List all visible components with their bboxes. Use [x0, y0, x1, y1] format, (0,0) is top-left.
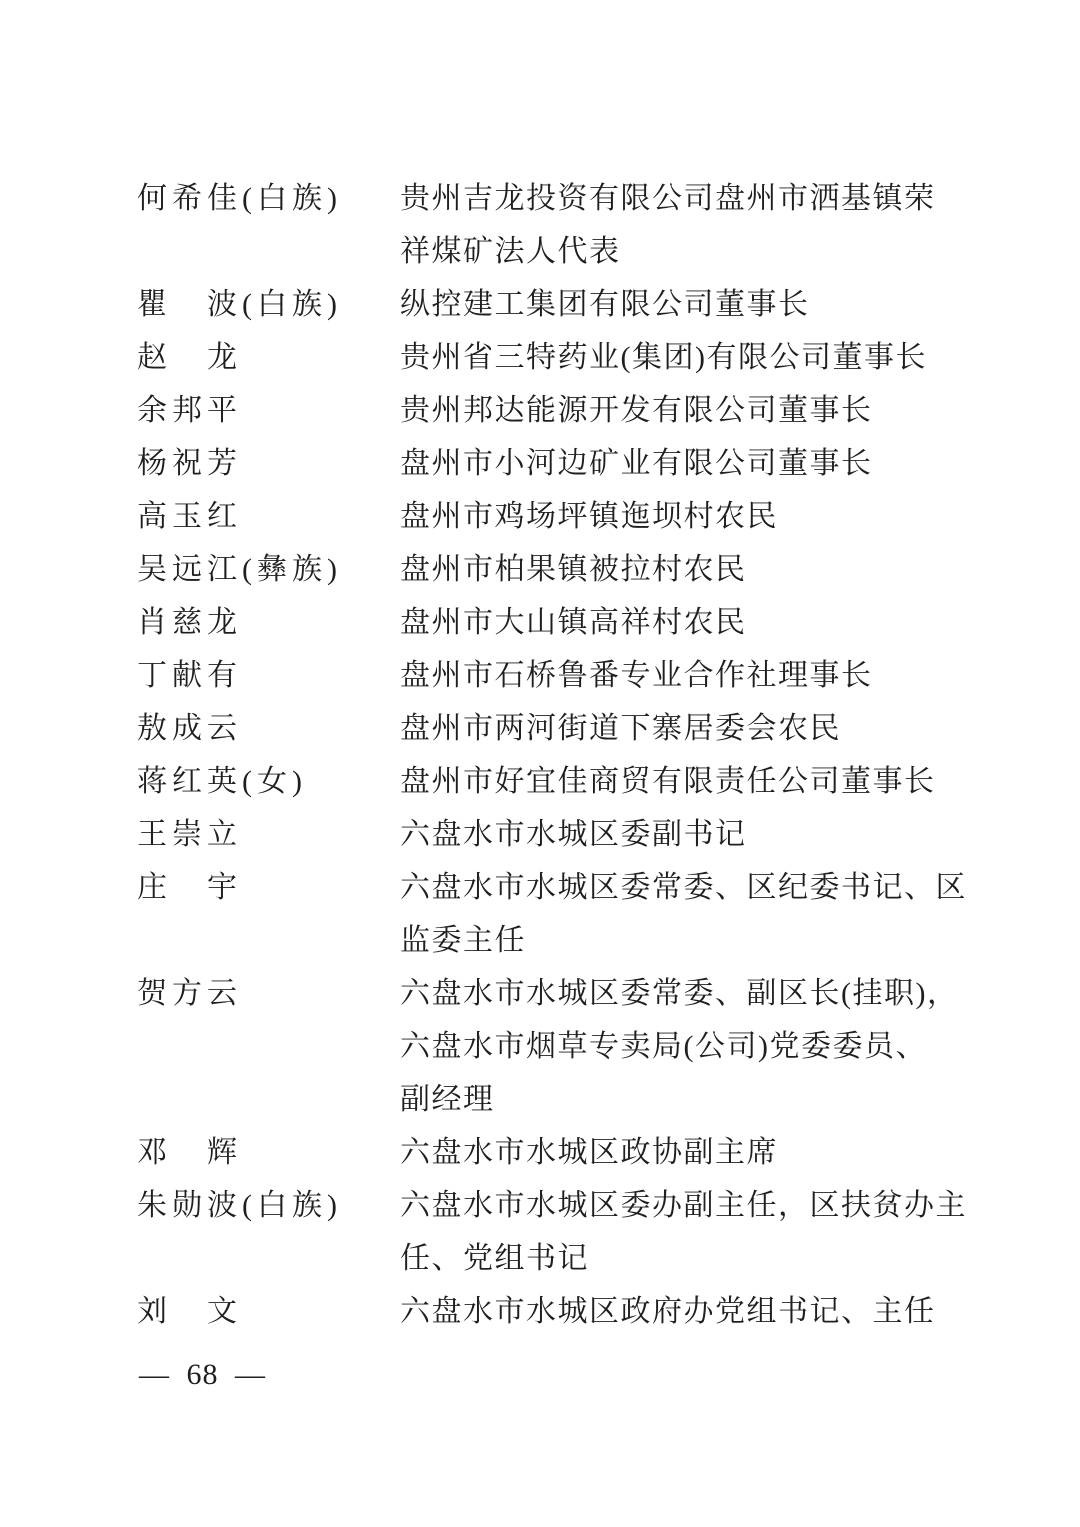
list-item: 高玉红 盘州市鸡场坪镇迤坝村农民 — [137, 490, 960, 543]
person-title-line: 盘州市鸡场坪镇迤坝村农民 — [400, 490, 950, 543]
person-title: 盘州市鸡场坪镇迤坝村农民 — [400, 490, 950, 543]
person-title-line: 监委主任 — [400, 914, 950, 967]
person-title: 盘州市石桥鲁番专业合作社理事长 — [400, 649, 950, 702]
person-name: 高玉红 — [137, 490, 400, 543]
person-title-line: 六盘水市水城区委办副主任，区扶贫办主 — [400, 1179, 950, 1232]
person-title: 盘州市大山镇高祥村农民 — [400, 596, 950, 649]
person-name: 王崇立 — [137, 808, 400, 861]
list-item: 肖慈龙 盘州市大山镇高祥村农民 — [137, 596, 960, 649]
person-title: 六盘水市水城区政府办党组书记、主任 — [400, 1285, 950, 1338]
person-title: 盘州市小河边矿业有限公司董事长 — [400, 437, 950, 490]
person-title: 六盘水市水城区政协副主席 — [400, 1126, 950, 1179]
person-title: 六盘水市水城区委常委、区纪委书记、区监委主任 — [400, 861, 950, 967]
person-name: 瞿 波(白族) — [137, 278, 400, 331]
list-item: 王崇立 六盘水市水城区委副书记 — [137, 808, 960, 861]
list-item: 贺方云 六盘水市水城区委常委、副区长(挂职)，六盘水市烟草专卖局(公司)党委委员… — [137, 967, 960, 1126]
person-title: 六盘水市水城区委办副主任，区扶贫办主任、党组书记 — [400, 1179, 950, 1285]
list-item: 杨祝芳 盘州市小河边矿业有限公司董事长 — [137, 437, 960, 490]
person-name: 杨祝芳 — [137, 437, 400, 490]
person-name: 丁献有 — [137, 649, 400, 702]
list-item: 敖成云 盘州市两河街道下寨居委会农民 — [137, 702, 960, 755]
person-title-line: 祥煤矿法人代表 — [400, 225, 950, 278]
person-title-line: 纵控建工集团有限公司董事长 — [400, 278, 950, 331]
person-title-line: 盘州市小河边矿业有限公司董事长 — [400, 437, 950, 490]
person-name: 何希佳(白族) — [137, 172, 400, 225]
list-item: 蒋红英(女) 盘州市好宜佳商贸有限责任公司董事长 — [137, 755, 960, 808]
list-item: 何希佳(白族) 贵州吉龙投资有限公司盘州市洒基镇荣祥煤矿法人代表 — [137, 172, 960, 278]
person-title-line: 六盘水市水城区委常委、副区长(挂职)， — [400, 967, 950, 1020]
person-title-line: 六盘水市水城区政府办党组书记、主任 — [400, 1285, 950, 1338]
person-title-line: 六盘水市水城区政协副主席 — [400, 1126, 950, 1179]
document-page: 何希佳(白族) 贵州吉龙投资有限公司盘州市洒基镇荣祥煤矿法人代表 瞿 波(白族)… — [0, 0, 1080, 1527]
person-title-line: 六盘水市水城区委常委、区纪委书记、区 — [400, 861, 950, 914]
person-title-line: 副经理 — [400, 1073, 950, 1126]
list-item: 刘 文 六盘水市水城区政府办党组书记、主任 — [137, 1285, 960, 1338]
person-title: 纵控建工集团有限公司董事长 — [400, 278, 950, 331]
person-name: 吴远江(彝族) — [137, 543, 400, 596]
list-item: 丁献有 盘州市石桥鲁番专业合作社理事长 — [137, 649, 960, 702]
person-name: 朱勋波(白族) — [137, 1179, 400, 1232]
person-title: 贵州吉龙投资有限公司盘州市洒基镇荣祥煤矿法人代表 — [400, 172, 950, 278]
person-title-line: 贵州邦达能源开发有限公司董事长 — [400, 384, 950, 437]
person-title-line: 贵州省三特药业(集团)有限公司董事长 — [400, 331, 950, 384]
list-item: 吴远江(彝族) 盘州市柏果镇被拉村农民 — [137, 543, 960, 596]
person-title: 贵州邦达能源开发有限公司董事长 — [400, 384, 950, 437]
person-title-line: 贵州吉龙投资有限公司盘州市洒基镇荣 — [400, 172, 950, 225]
list-item: 余邦平 贵州邦达能源开发有限公司董事长 — [137, 384, 960, 437]
list-item: 赵 龙 贵州省三特药业(集团)有限公司董事长 — [137, 331, 960, 384]
list-item: 庄 宇 六盘水市水城区委常委、区纪委书记、区监委主任 — [137, 861, 960, 967]
list-item: 朱勋波(白族) 六盘水市水城区委办副主任，区扶贫办主任、党组书记 — [137, 1179, 960, 1285]
list-item: 邓 辉 六盘水市水城区政协副主席 — [137, 1126, 960, 1179]
person-name: 敖成云 — [137, 702, 400, 755]
person-title-line: 盘州市石桥鲁番专业合作社理事长 — [400, 649, 950, 702]
person-title-line: 六盘水市烟草专卖局(公司)党委委员、 — [400, 1020, 950, 1073]
person-name: 赵 龙 — [137, 331, 400, 384]
person-title: 贵州省三特药业(集团)有限公司董事长 — [400, 331, 950, 384]
list-item: 瞿 波(白族) 纵控建工集团有限公司董事长 — [137, 278, 960, 331]
person-title: 六盘水市水城区委常委、副区长(挂职)，六盘水市烟草专卖局(公司)党委委员、副经理 — [400, 967, 950, 1126]
person-title-line: 盘州市大山镇高祥村农民 — [400, 596, 950, 649]
person-name: 余邦平 — [137, 384, 400, 437]
person-title-line: 盘州市两河街道下寨居委会农民 — [400, 702, 950, 755]
person-name: 蒋红英(女) — [137, 755, 400, 808]
person-title: 盘州市柏果镇被拉村农民 — [400, 543, 950, 596]
person-title: 盘州市两河街道下寨居委会农民 — [400, 702, 950, 755]
honor-roll-list: 何希佳(白族) 贵州吉龙投资有限公司盘州市洒基镇荣祥煤矿法人代表 瞿 波(白族)… — [137, 172, 960, 1338]
person-title-line: 盘州市好宜佳商贸有限责任公司董事长 — [400, 755, 950, 808]
person-title-line: 任、党组书记 — [400, 1232, 950, 1285]
person-title: 六盘水市水城区委副书记 — [400, 808, 950, 861]
person-name: 庄 宇 — [137, 861, 400, 914]
person-title-line: 盘州市柏果镇被拉村农民 — [400, 543, 950, 596]
page-number: — 68 — — [139, 1348, 960, 1401]
person-name: 刘 文 — [137, 1285, 400, 1338]
person-name: 贺方云 — [137, 967, 400, 1020]
person-title: 盘州市好宜佳商贸有限责任公司董事长 — [400, 755, 950, 808]
person-name: 肖慈龙 — [137, 596, 400, 649]
person-title-line: 六盘水市水城区委副书记 — [400, 808, 950, 861]
person-name: 邓 辉 — [137, 1126, 400, 1179]
